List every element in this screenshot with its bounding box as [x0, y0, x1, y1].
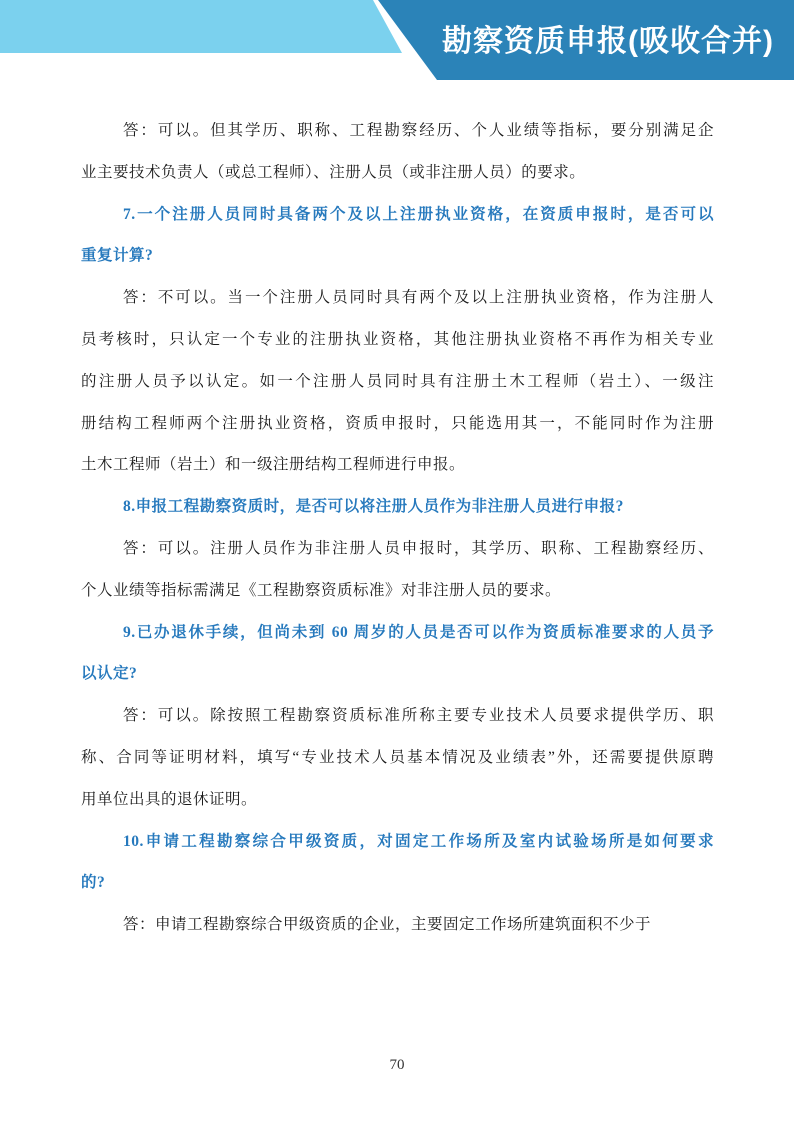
- question-line: 的?: [81, 862, 714, 904]
- answer-line: 答：不可以。当一个注册人员同时具有两个及以上注册执业资格，作为注册人: [81, 277, 714, 319]
- question-line: 重复计算?: [81, 235, 714, 277]
- answer-line: 员考核时，只认定一个专业的注册执业资格，其他注册执业资格不再作为相关专业: [81, 319, 714, 361]
- answer-line: 业主要技术负责人（或总工程师）、注册人员（或非注册人员）的要求。: [81, 152, 714, 194]
- document-page: 勘察资质申报(吸收合并) 答：可以。但其学历、职称、工程勘察经历、个人业绩等指标…: [0, 0, 794, 1123]
- answer-line: 个人业绩等指标需满足《工程勘察资质标准》对非注册人员的要求。: [81, 570, 714, 612]
- answer-line: 答：可以。注册人员作为非注册人员申报时，其学历、职称、工程勘察经历、: [81, 528, 714, 570]
- answer-line: 用单位出具的退休证明。: [81, 779, 714, 821]
- answer-paragraph: 答：可以。注册人员作为非注册人员申报时，其学历、职称、工程勘察经历、 个人业绩等…: [81, 528, 714, 612]
- answer-paragraph: 答：可以。除按照工程勘察资质标准所称主要专业技术人员要求提供学历、职 称、合同等…: [81, 695, 714, 820]
- answer-line: 土木工程师（岩土）和一级注册结构工程师进行申报。: [81, 444, 714, 486]
- question-line: 8.申报工程勘察资质时，是否可以将注册人员作为非注册人员进行申报?: [81, 486, 714, 528]
- answer-line: 的注册人员予以认定。如一个注册人员同时具有注册土木工程师（岩土）、一级注: [81, 361, 714, 403]
- answer-line: 答：申请工程勘察综合甲级资质的企业，主要固定工作场所建筑面积不少于: [81, 904, 714, 946]
- question-line: 以认定?: [81, 653, 714, 695]
- answer-line: 册结构工程师两个注册执业资格，资质申报时，只能选用其一，不能同时作为注册: [81, 403, 714, 445]
- question-paragraph: 8.申报工程勘察资质时，是否可以将注册人员作为非注册人员进行申报?: [81, 486, 714, 528]
- document-body: 答：可以。但其学历、职称、工程勘察经历、个人业绩等指标，要分别满足企 业主要技术…: [81, 110, 714, 946]
- question-paragraph: 7.一个注册人员同时具备两个及以上注册执业资格，在资质申报时，是否可以 重复计算…: [81, 194, 714, 278]
- question-paragraph: 9.已办退休手续，但尚未到 60 周岁的人员是否可以作为资质标准要求的人员予 以…: [81, 612, 714, 696]
- page-number: 70: [0, 1054, 794, 1076]
- answer-line: 答：可以。除按照工程勘察资质标准所称主要专业技术人员要求提供学历、职: [81, 695, 714, 737]
- page-title: 勘察资质申报(吸收合并): [442, 24, 774, 60]
- answer-line: 答：可以。但其学历、职称、工程勘察经历、个人业绩等指标，要分别满足企: [81, 110, 714, 152]
- question-line: 9.已办退休手续，但尚未到 60 周岁的人员是否可以作为资质标准要求的人员予: [81, 612, 714, 654]
- answer-line: 称、合同等证明材料，填写“专业技术人员基本情况及业绩表”外，还需要提供原聘: [81, 737, 714, 779]
- question-paragraph: 10.申请工程勘察综合甲级资质，对固定工作场所及室内试验场所是如何要求 的?: [81, 821, 714, 905]
- question-line: 10.申请工程勘察综合甲级资质，对固定工作场所及室内试验场所是如何要求: [81, 821, 714, 863]
- answer-paragraph: 答：可以。但其学历、职称、工程勘察经历、个人业绩等指标，要分别满足企 业主要技术…: [81, 110, 714, 194]
- answer-paragraph: 答：申请工程勘察综合甲级资质的企业，主要固定工作场所建筑面积不少于: [81, 904, 714, 946]
- answer-paragraph: 答：不可以。当一个注册人员同时具有两个及以上注册执业资格，作为注册人 员考核时，…: [81, 277, 714, 486]
- question-line: 7.一个注册人员同时具备两个及以上注册执业资格，在资质申报时，是否可以: [81, 194, 714, 236]
